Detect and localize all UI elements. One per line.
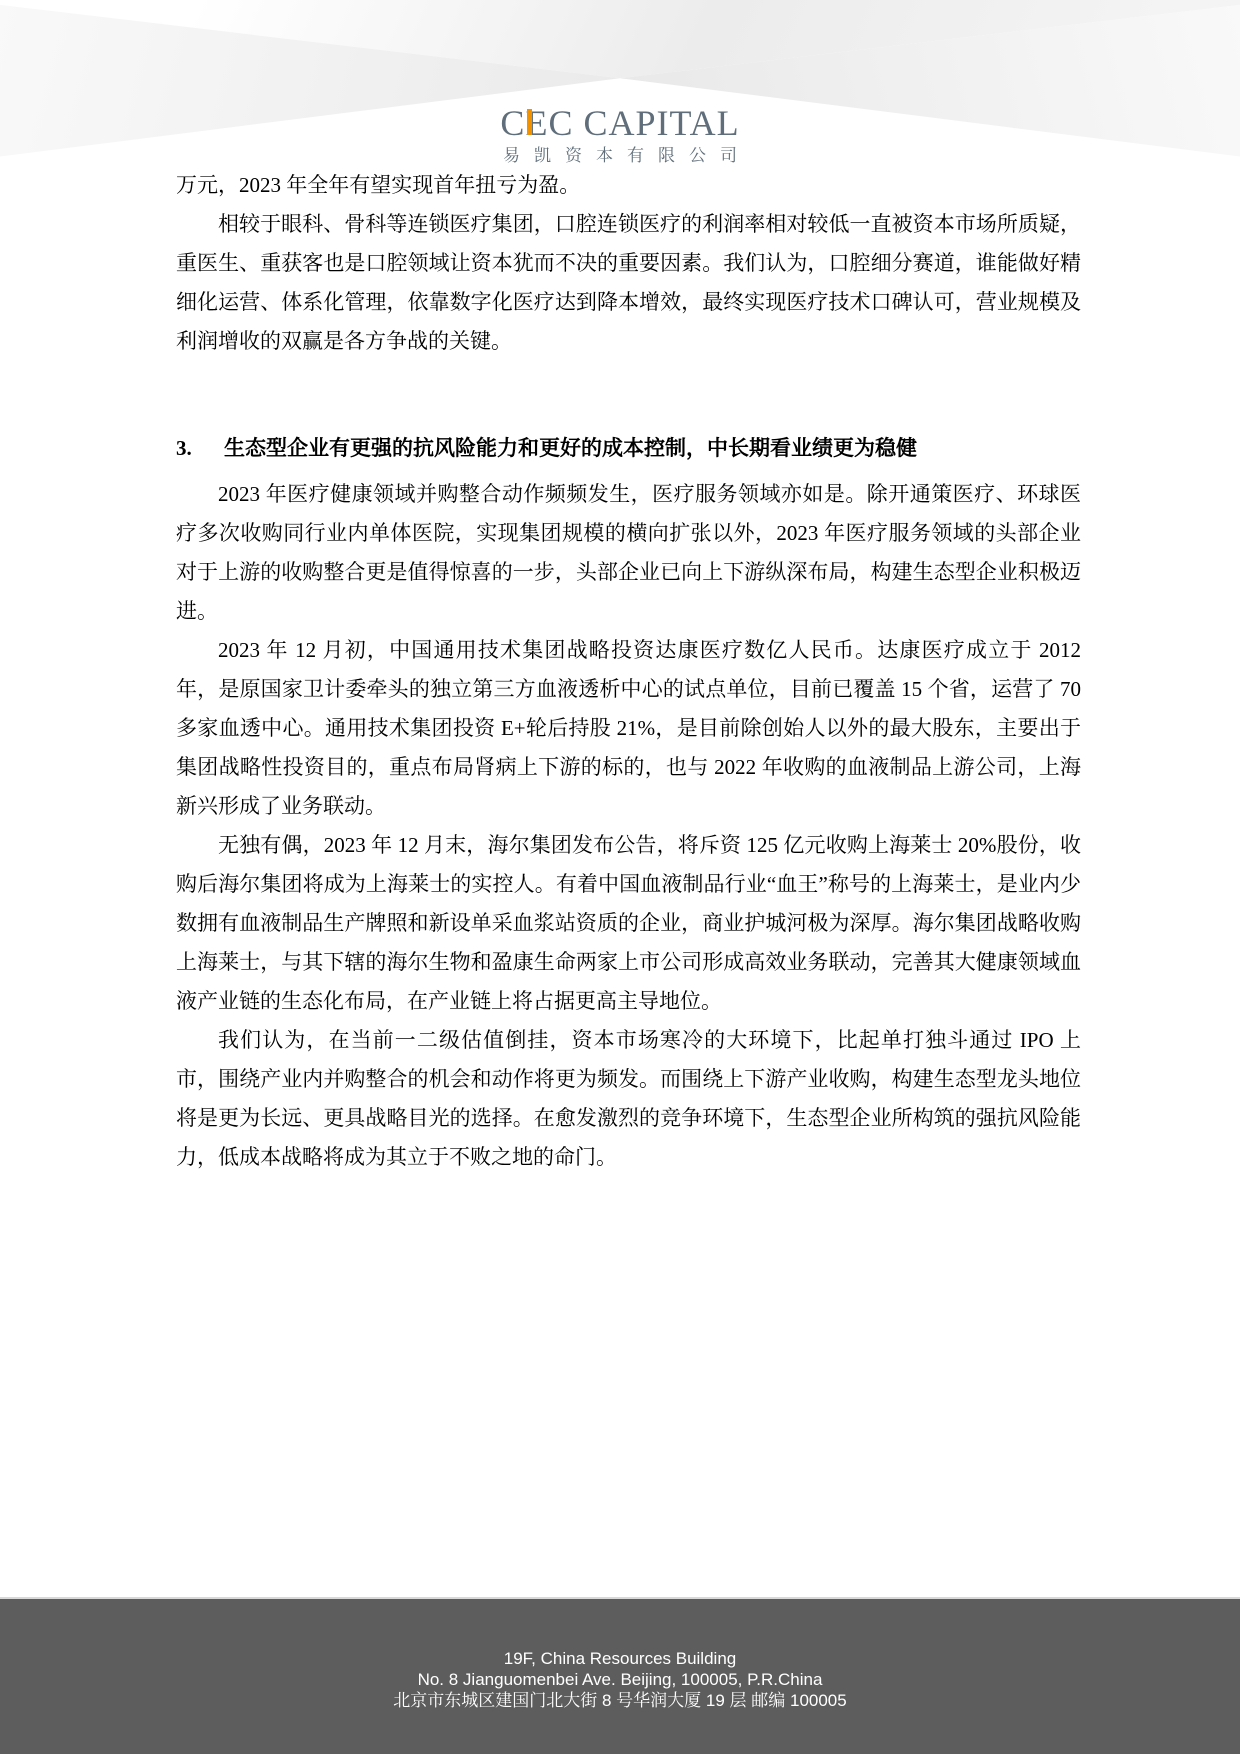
continuation-paragraph: 万元，2023 年全年有望实现首年扭亏为盈。 [176, 166, 1081, 205]
section-heading: 3.生态型企业有更强的抗风险能力和更好的成本控制，中长期看业绩更为稳健 [176, 429, 1081, 468]
footer-address-line-3: 北京市东城区建国门北大街 8 号华润大厦 19 层 邮编 100005 [0, 1690, 1240, 1711]
logo-letter-accent: E [525, 103, 548, 143]
logo-letters-post: C CAPITAL [548, 103, 739, 143]
report-page: CEC CAPITAL 易凯资本有限公司 万元，2023 年全年有望实现首年扭亏… [0, 0, 1240, 1754]
company-logo: CEC CAPITAL 易凯资本有限公司 [0, 103, 1240, 167]
body-paragraph-3: 2023 年 12 月初，中国通用技术集团战略投资达康医疗数亿人民币。达康医疗成… [176, 631, 1081, 826]
logo-wordmark: CEC CAPITAL [0, 103, 1240, 143]
logo-letter-pre: C [500, 103, 525, 143]
document-body: 万元，2023 年全年有望实现首年扭亏为盈。 相较于眼科、骨科等连锁医疗集团，口… [176, 166, 1081, 1177]
section-number: 3. [176, 429, 224, 468]
body-paragraph-1: 相较于眼科、骨科等连锁医疗集团，口腔连锁医疗的利润率相对较低一直被资本市场所质疑… [176, 205, 1081, 361]
body-paragraph-2: 2023 年医疗健康领域并购整合动作频频发生，医疗服务领域亦如是。除开通策医疗、… [176, 475, 1081, 631]
body-paragraph-5: 我们认为，在当前一二级估值倒挂，资本市场寒冷的大环境下，比起单打独斗通过 IPO… [176, 1021, 1081, 1177]
logo-subtitle: 易凯资本有限公司 [0, 145, 1240, 167]
footer-address-line-2: No. 8 Jianguomenbei Ave. Beijing, 100005… [0, 1669, 1240, 1690]
section-title: 生态型企业有更强的抗风险能力和更好的成本控制，中长期看业绩更为稳健 [224, 436, 917, 460]
footer-address-line-1: 19F, China Resources Building [0, 1599, 1240, 1669]
body-paragraph-4: 无独有偶，2023 年 12 月末，海尔集团发布公告，将斥资 125 亿元收购上… [176, 826, 1081, 1021]
page-footer: 19F, China Resources Building No. 8 Jian… [0, 1597, 1240, 1754]
